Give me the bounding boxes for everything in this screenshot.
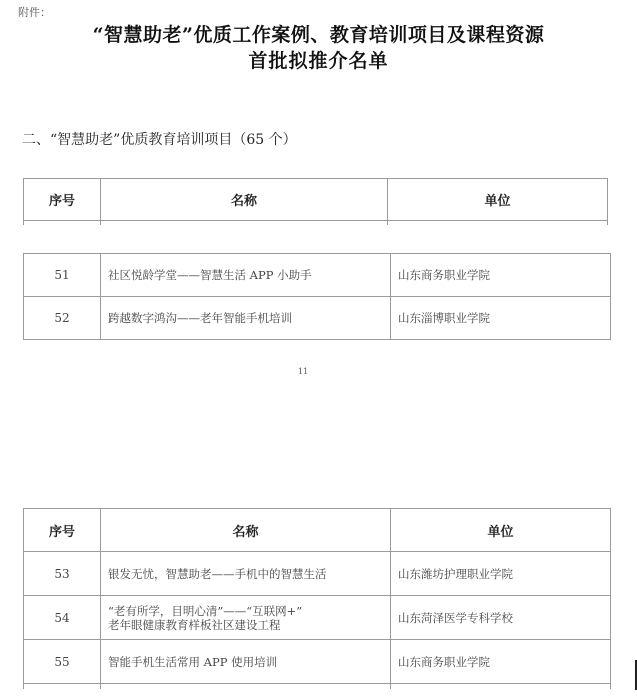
section-heading: 二、“智慧助老”优质教育培训项目（65 个） [22,129,297,149]
header-name: 名称 [101,509,391,552]
table-header-fragment: 序号 名称 单位 [23,178,608,225]
table-rows-53-55: 序号 名称 单位 53 银发无忧，智慧助老——手机中的智慧生活 山东潍坊护理职业… [23,508,611,689]
table-header-row: 序号 名称 单位 [24,509,611,552]
table-tail [24,684,611,689]
row-index: 54 [24,596,101,640]
row-name-line2: 老年眼健康教育样板社区建设工程 [108,618,390,632]
row-unit: 山东淄博职业学院 [391,297,611,340]
row-index: 55 [24,640,101,684]
table-row: 53 银发无忧，智慧助老——手机中的智慧生活 山东潍坊护理职业学院 [24,552,611,596]
table-row: 55 智能手机生活常用 APP 使用培训 山东商务职业学院 [24,640,611,684]
table-row: 51 社区悦龄学堂——智慧生活 APP 小助手 山东商务职业学院 [24,254,611,297]
row-name-line1: “老有所学，目明心清”——“互联网+” [108,604,390,618]
header-name: 名称 [101,179,388,221]
table-header-row: 序号 名称 单位 [24,179,608,221]
header-index: 序号 [24,179,101,221]
table-row: 52 跨越数字鸿沟——老年智能手机培训 山东淄博职业学院 [24,297,611,340]
row-name: 银发无忧，智慧助老——手机中的智慧生活 [101,552,391,596]
row-unit: 山东菏泽医学专科学校 [391,596,611,640]
page-number: 11 [298,367,308,376]
table-rows-51-52: 51 社区悦龄学堂——智慧生活 APP 小助手 山东商务职业学院 52 跨越数字… [23,253,611,340]
row-index: 52 [24,297,101,340]
row-unit: 山东潍坊护理职业学院 [391,552,611,596]
row-name: “老有所学，目明心清”——“互联网+” 老年眼健康教育样板社区建设工程 [101,596,391,640]
row-name: 智能手机生活常用 APP 使用培训 [101,640,391,684]
table-tail [24,221,608,225]
document-title-line1: “智慧助老”优质工作案例、教育培训项目及课程资源 [0,20,637,47]
header-unit: 单位 [391,509,611,552]
row-unit: 山东商务职业学院 [391,640,611,684]
row-unit: 山东商务职业学院 [391,254,611,297]
document-title-line2: 首批拟推介名单 [0,46,637,73]
attachment-label: 附件： [18,4,51,20]
header-unit: 单位 [388,179,608,221]
row-index: 51 [24,254,101,297]
row-index: 53 [24,552,101,596]
table-row: 54 “老有所学，目明心清”——“互联网+” 老年眼健康教育样板社区建设工程 山… [24,596,611,640]
header-index: 序号 [24,509,101,552]
row-name: 社区悦龄学堂——智慧生活 APP 小助手 [101,254,391,297]
row-name: 跨越数字鸿沟——老年智能手机培训 [101,297,391,340]
